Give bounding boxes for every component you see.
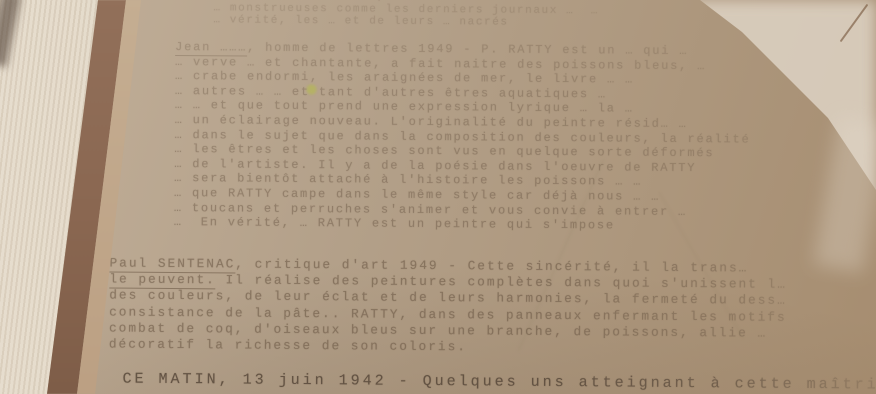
paragraph-paul-sentenac-1949: Paul SENTENAC, critique d'art 1949 - Cet… — [109, 255, 787, 358]
underlined-text: Paul SENTENAC — [109, 255, 235, 273]
text-segment: CE MATIN, 13 juin 1942 - Quelques uns at… — [123, 371, 876, 394]
text-segment: décoratif la richesse de son coloris. — [109, 336, 467, 354]
intro-fragment: … … tendent … … des petits … …… monstrue… — [213, 0, 599, 30]
typewritten-line: CE MATIN, 13 juin 1942 - Quelques uns at… — [123, 370, 876, 394]
corner-shadow — [0, 0, 21, 67]
paragraph-ce-matin-1942: CE MATIN, 13 juin 1942 - Quelques uns at… — [123, 370, 876, 394]
text-segment: … vérité, les … et de leurs … nacrés — [213, 14, 508, 28]
framed-typewritten-document-photo: … … tendent … … des petits … …… monstrue… — [0, 0, 876, 394]
text-segment: … En vérité, … RATTY est un peintre qui … — [174, 215, 615, 232]
paragraph-jean-homme-de-lettres-1949: Jean ………, homme de lettres 1949 - P. RAT… — [174, 40, 752, 234]
underlined-text: le peuvent. — [109, 272, 216, 290]
